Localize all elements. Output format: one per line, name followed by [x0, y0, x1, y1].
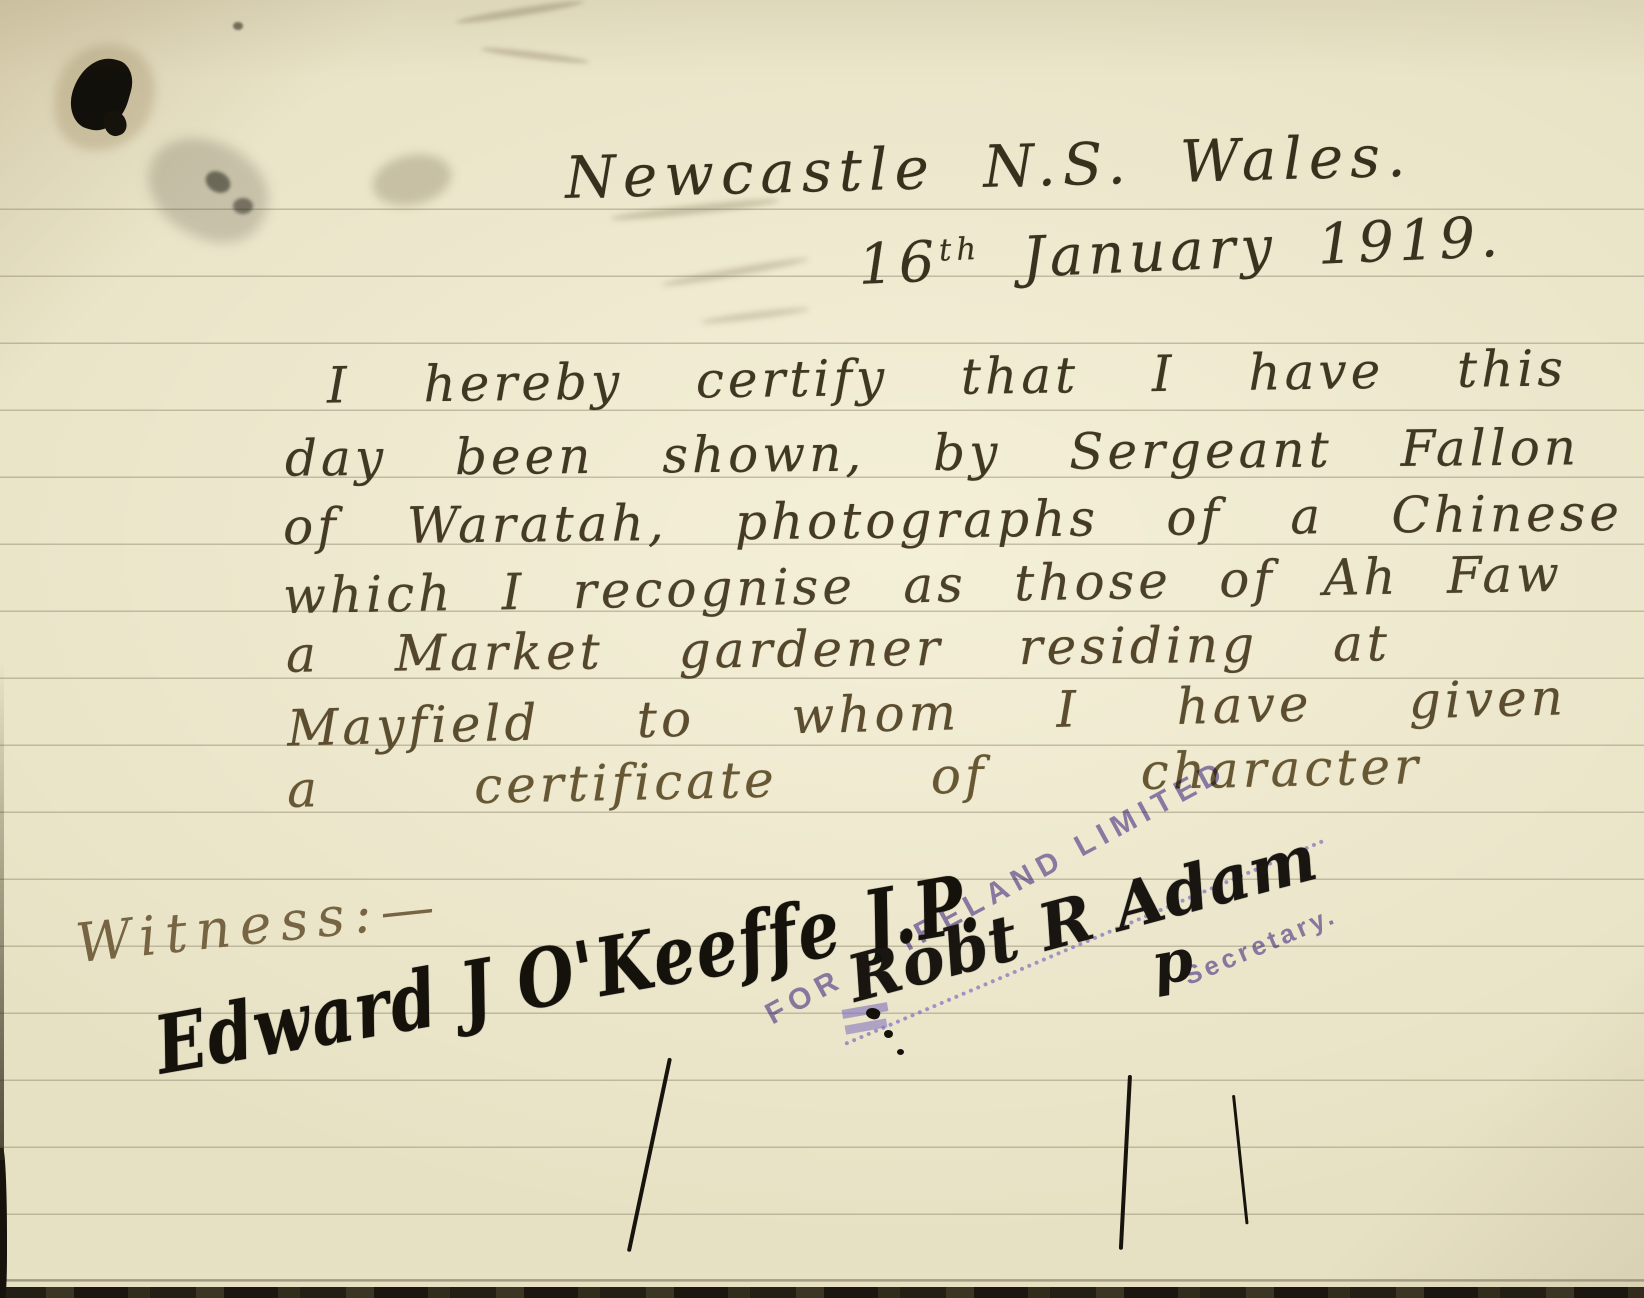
body-line-5: a Market gardener residing at [286, 614, 1392, 684]
date-day: 16 [857, 229, 941, 297]
body-line-2: day been shown, by Sergeant Fallon [285, 418, 1580, 487]
scanned-letter-page: Newcastle N.S. Wales. 16th January 1919.… [0, 0, 1644, 1298]
smudge-speck [233, 198, 253, 214]
ink-spatter [884, 1030, 893, 1038]
page-left-edge [0, 660, 4, 1160]
ink-spatter [897, 1049, 904, 1055]
ghost-scribble [480, 45, 590, 65]
ruled-line-heavy [0, 1279, 1644, 1281]
page-bottom-edge [0, 1287, 1644, 1298]
smudge-speck [233, 22, 243, 30]
date-day-suffix: th [938, 231, 982, 269]
ghost-scribble [455, 0, 585, 26]
